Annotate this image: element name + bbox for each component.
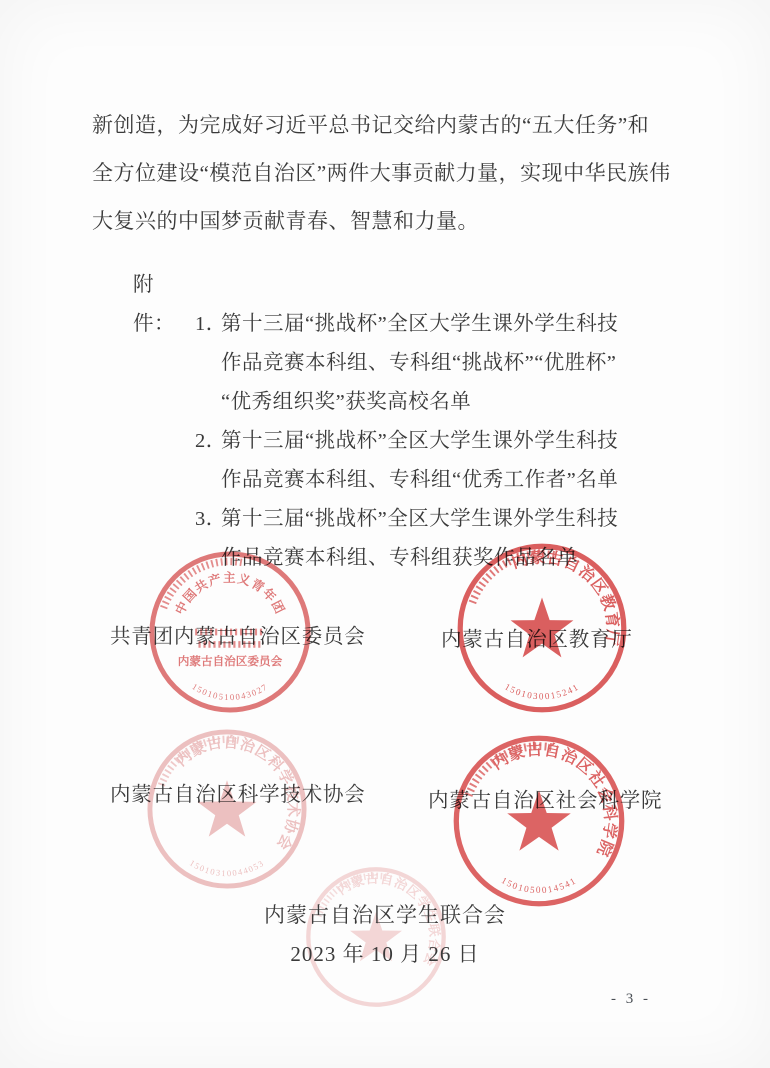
attachment-item-number: 1．: [195, 305, 221, 344]
attachment-item-number: 3．: [195, 500, 221, 539]
official-seal-science-tech-association: 内蒙古自治区科学技术协会 15010310044053: [145, 727, 309, 891]
seal-serial-number: 15010510043027: [190, 681, 269, 702]
seal-arc-text: 内蒙古自治区科学技术协会: [173, 733, 301, 853]
star-icon: [197, 780, 256, 836]
page-number: - 3 -: [611, 991, 651, 1008]
seal-arc-text: 内蒙古自治区教育厅: [510, 548, 623, 647]
body-line: 新创造，为完成好习近平总书记交给内蒙古的“五大任务”和: [92, 101, 692, 149]
seal-arc-text: 中国共产主义青年团: [172, 570, 288, 617]
seal-serial-number: 15010310044053: [188, 858, 266, 879]
body-paragraph: 新创造，为完成好习近平总书记交给内蒙古的“五大任务”和 全方位建设“模范自治区”…: [92, 101, 692, 245]
official-seal-social-sciences-academy: 内蒙古自治区社会科学院 1501050014541: [451, 733, 627, 909]
seal-serial-number: 1501030015241: [503, 682, 581, 702]
attachment-item-1-continuation: 作品竞赛本科组、专科组“挑战杯”“优胜杯”: [133, 344, 693, 383]
issue-date: 2023 年 10 月 26 日: [0, 938, 770, 968]
attachment-item-2: 2．第十三届“挑战杯”全区大学生课外学生科技: [133, 422, 693, 461]
attachment-item-text: 第十三届“挑战杯”全区大学生课外学生科技: [221, 313, 618, 335]
seal-serial-number: 1501050014541: [500, 875, 579, 895]
official-seal-youth-league: 中国共产主义青年团 内蒙古自治区委员会 15010510043027: [147, 549, 313, 715]
seal-center-text: 内蒙古自治区委员会: [178, 654, 283, 668]
star-icon: [507, 790, 571, 850]
attachment-item-number: 2．: [195, 422, 221, 461]
attachment-label: 附件：: [133, 266, 195, 344]
body-line: 全方位建设“模范自治区”两件大事贡献力量，实现中华民族伟: [92, 149, 692, 197]
attachment-item-text: 第十三届“挑战杯”全区大学生课外学生科技: [221, 430, 618, 452]
attachment-item-1: 附件：1．第十三届“挑战杯”全区大学生课外学生科技: [133, 266, 693, 344]
attachment-item-3: 3．第十三届“挑战杯”全区大学生课外学生科技: [133, 500, 693, 539]
official-seal-student-federation: 内蒙古自治区学生联合会: [304, 865, 448, 1009]
body-line: 大复兴的中国梦贡献青春、智慧和力量。: [92, 197, 692, 245]
attachment-item-2-continuation: 作品竞赛本科组、专科组“优秀工作者”名单: [133, 461, 693, 500]
attachment-item-text: 第十三届“挑战杯”全区大学生课外学生科技: [221, 508, 618, 530]
document-page: 新创造，为完成好习近平总书记交给内蒙古的“五大任务”和 全方位建设“模范自治区”…: [0, 0, 770, 1068]
star-icon: [511, 598, 574, 658]
attachment-list: 附件：1．第十三届“挑战杯”全区大学生课外学生科技 作品竞赛本科组、专科组“挑战…: [133, 266, 693, 578]
attachment-item-1-continuation: “优秀组织奖”获奖高校名单: [133, 383, 693, 422]
official-seal-education-department: 内蒙古自治区教育厅 1501030015241: [455, 541, 629, 715]
issuing-organization: 内蒙古自治区学生联合会: [0, 899, 770, 929]
